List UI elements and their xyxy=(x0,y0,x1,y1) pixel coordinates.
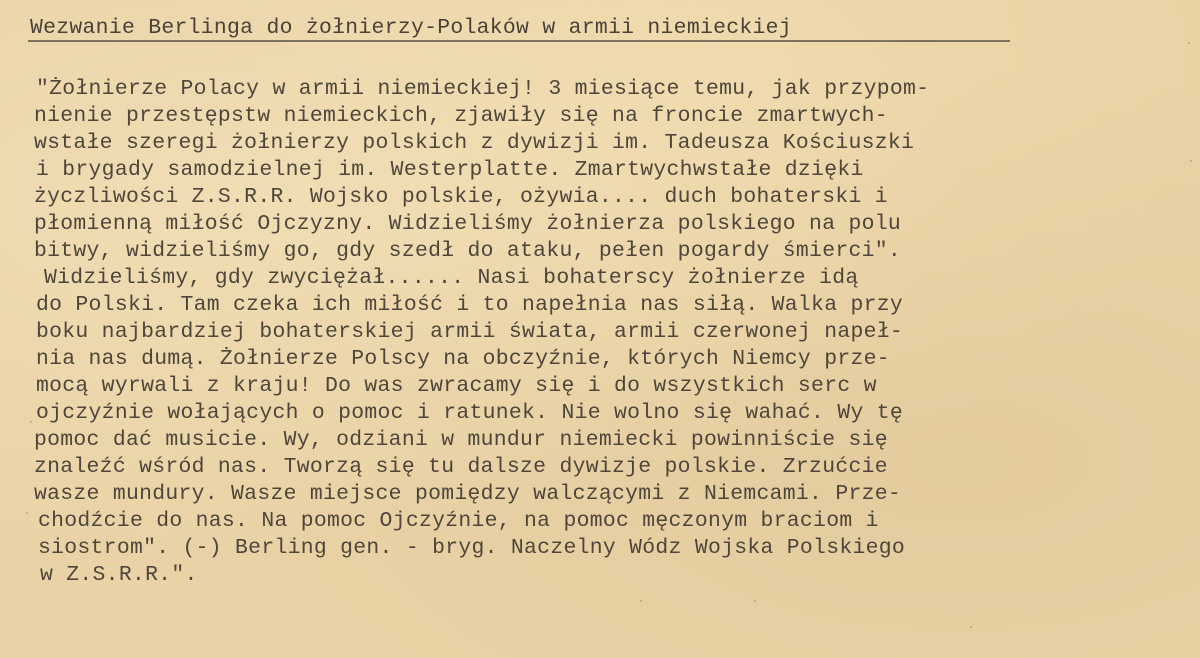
text-line: życzliwości Z.S.R.R. Wojsko polskie, oży… xyxy=(34,184,1174,211)
paper-speck xyxy=(26,512,28,514)
paper-speck xyxy=(30,421,32,423)
text-line: ojczyźnie wołających o pomoc i ratunek. … xyxy=(36,400,1174,427)
text-line: do Polski. Tam czeka ich miłość i to nap… xyxy=(36,292,1174,319)
text-line: znaleźć wśród nas. Tworzą się tu dalsze … xyxy=(34,454,1174,481)
document-title: Wezwanie Berlinga do żołnierzy-Polaków w… xyxy=(30,18,792,39)
text-line: wasze mundury. Wasze miejsce pomiędzy wa… xyxy=(34,481,1174,508)
text-line: mocą wyrwali z kraju! Do was zwracamy si… xyxy=(36,373,1174,400)
paper-speck xyxy=(1190,160,1192,162)
document-body: "Żołnierze Polacy w armii niemieckiej! 3… xyxy=(34,76,1174,589)
paper-speck xyxy=(970,626,972,628)
text-line: płomienną miłość Ojczyzny. Widzieliśmy ż… xyxy=(34,211,1174,238)
text-line: nia nas dumą. Żołnierze Polscy na obczyź… xyxy=(36,346,1174,373)
text-line: boku najbardziej bohaterskiej armii świa… xyxy=(36,319,1174,346)
text-line: pomoc dać musicie. Wy, odziani w mundur … xyxy=(34,427,1174,454)
text-line: chodźcie do nas. Na pomoc Ojczyźnie, na … xyxy=(38,508,1174,535)
title-underline xyxy=(28,40,1010,42)
text-line: Widzieliśmy, gdy zwyciężał...... Nasi bo… xyxy=(44,265,1174,292)
text-line: bitwy, widzieliśmy go, gdy szedł do atak… xyxy=(34,238,1174,265)
text-line: wstałe szeregi żołnierzy polskich z dywi… xyxy=(34,130,1174,157)
paper-speck xyxy=(640,600,642,602)
paper-speck xyxy=(754,600,756,602)
text-line: w Z.S.R.R.". xyxy=(40,562,1174,589)
text-line: nienie przestępstw niemieckich, zjawiły … xyxy=(34,103,1174,130)
text-line: i brygady samodzielnej im. Westerplatte.… xyxy=(36,157,1174,184)
text-line: siostrom". (-) Berling gen. - bryg. Nacz… xyxy=(38,535,1174,562)
typewritten-document-page: Wezwanie Berlinga do żołnierzy-Polaków w… xyxy=(0,0,1200,658)
paper-speck xyxy=(1188,42,1190,44)
text-line: "Żołnierze Polacy w armii niemieckiej! 3… xyxy=(36,76,1174,103)
